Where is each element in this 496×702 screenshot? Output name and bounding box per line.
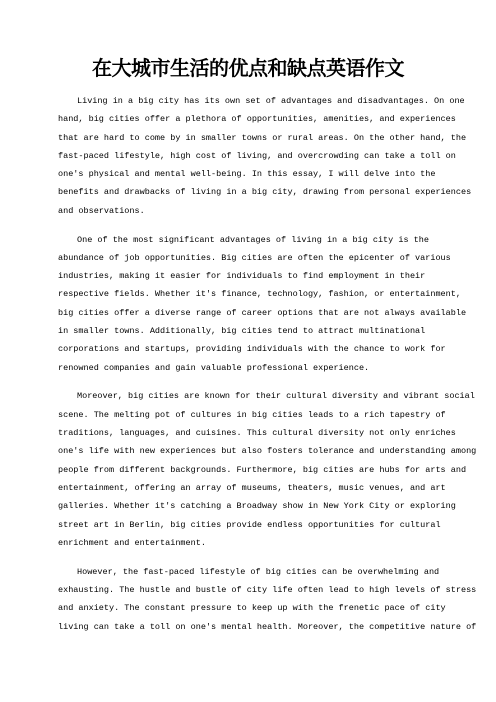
text-line: one's life with new experiences but also… bbox=[58, 442, 438, 460]
text-line: traditions, languages, and cuisines. Thi… bbox=[58, 424, 438, 442]
text-line: industries, making it easier for individ… bbox=[58, 267, 438, 285]
paragraph: Moreover, big cities are known for their… bbox=[58, 387, 438, 552]
document-page: 在大城市生活的优点和缺点英语作文 Living in a big city ha… bbox=[0, 0, 496, 702]
text-line: that are hard to come by in smaller town… bbox=[58, 129, 438, 147]
text-line: Living in a big city has its own set of … bbox=[58, 92, 438, 110]
text-line: galleries. Whether it's catching a Broad… bbox=[58, 497, 438, 515]
text-line: renowned companies and gain valuable pro… bbox=[58, 359, 438, 377]
paragraph: One of the most significant advantages o… bbox=[58, 231, 438, 377]
text-line: entertainment, offering an array of muse… bbox=[58, 479, 438, 497]
text-line: and observations. bbox=[58, 202, 438, 220]
text-line: people from different backgrounds. Furth… bbox=[58, 461, 438, 479]
text-line: Moreover, big cities are known for their… bbox=[58, 387, 438, 405]
text-line: benefits and drawbacks of living in a bi… bbox=[58, 183, 438, 201]
paragraph: Living in a big city has its own set of … bbox=[58, 92, 438, 220]
text-line: abundance of job opportunities. Big citi… bbox=[58, 249, 438, 267]
text-line: hand, big cities offer a plethora of opp… bbox=[58, 110, 438, 128]
text-line: exhausting. The hustle and bustle of cit… bbox=[58, 581, 438, 599]
text-line: street art in Berlin, big cities provide… bbox=[58, 516, 438, 534]
paragraph: However, the fast-paced lifestyle of big… bbox=[58, 563, 438, 636]
text-line: big cities offer a diverse range of care… bbox=[58, 304, 438, 322]
document-title: 在大城市生活的优点和缺点英语作文 bbox=[0, 0, 496, 84]
text-line: respective fields. Whether it's finance,… bbox=[58, 285, 438, 303]
text-line: living can take a toll on one's mental h… bbox=[58, 618, 438, 636]
text-line: scene. The melting pot of cultures in bi… bbox=[58, 406, 438, 424]
essay-body: Living in a big city has its own set of … bbox=[58, 92, 438, 636]
text-line: One of the most significant advantages o… bbox=[58, 231, 438, 249]
text-line: fast-paced lifestyle, high cost of livin… bbox=[58, 147, 438, 165]
text-line: However, the fast-paced lifestyle of big… bbox=[58, 563, 438, 581]
text-line: and anxiety. The constant pressure to ke… bbox=[58, 599, 438, 617]
text-line: one's physical and mental well-being. In… bbox=[58, 165, 438, 183]
text-line: enrichment and entertainment. bbox=[58, 534, 438, 552]
text-line: in smaller towns. Additionally, big citi… bbox=[58, 322, 438, 340]
text-line: corporations and startups, providing ind… bbox=[58, 340, 438, 358]
